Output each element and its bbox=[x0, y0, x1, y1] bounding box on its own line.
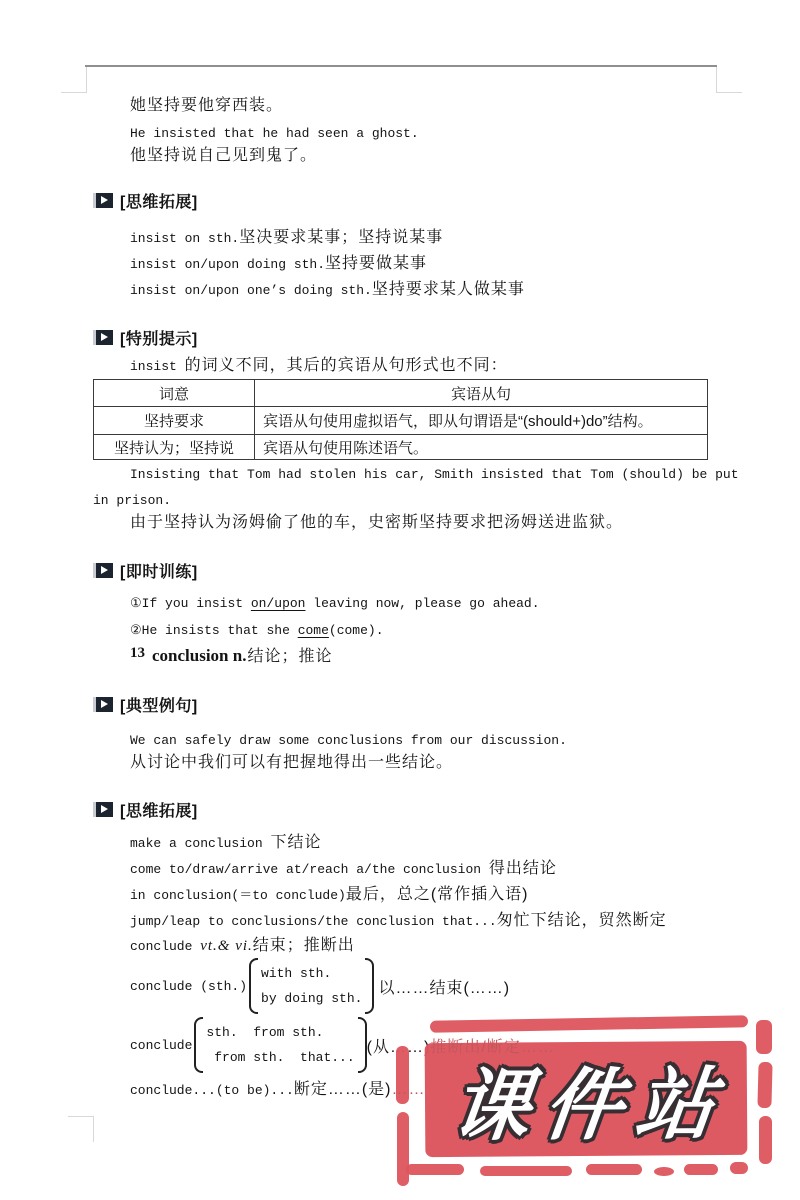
en-sentence: He insisted that he had seen a ghost. bbox=[130, 126, 419, 141]
zh-gloss: 坚持要做某事 bbox=[325, 255, 427, 272]
en-word: conclude bbox=[130, 939, 200, 954]
vocab-entry-conclusion: 13conclusion n.结论；推论 bbox=[130, 646, 333, 667]
section-header-special-note: [特别提示] bbox=[93, 328, 198, 346]
zh-gloss: 坚决要求某事；坚持说某事 bbox=[239, 229, 443, 246]
stamp-border-stroke bbox=[756, 1020, 772, 1054]
zh-gloss: 坚持要求某人做某事 bbox=[372, 281, 525, 298]
paragraph-en: Insisting that Tom had stolen his car, S… bbox=[130, 464, 739, 485]
right-bracket bbox=[365, 958, 374, 1014]
table-cell: 坚持认为；坚持说 bbox=[94, 435, 255, 460]
entry-headword: conclusion n. bbox=[152, 646, 246, 665]
table-row: 坚持要求 宾语从句使用虚拟语气，即从句谓语是“(should+)do”结构。 bbox=[94, 407, 708, 435]
en-phrase: insist on/upon one’s doing sth. bbox=[130, 283, 372, 298]
zh-gloss: 最后，总之(常作插入语) bbox=[346, 886, 529, 903]
en-lead: conclude (sth.) bbox=[130, 979, 247, 994]
en-phrase: insist on sth. bbox=[130, 231, 239, 246]
list-item: jump/leap to conclusions/the conclusion … bbox=[130, 911, 667, 932]
en-sentence: in prison. bbox=[93, 493, 171, 508]
answer-blank: come bbox=[298, 623, 329, 638]
en-phrase: conclude...(to be)... bbox=[130, 1083, 294, 1098]
left-bracket bbox=[194, 1017, 203, 1073]
exercise-item-1: ①If you insist on/upon leaving now, plea… bbox=[130, 593, 540, 614]
stamp-border-stroke bbox=[430, 1015, 748, 1033]
table-header-row: 词意 宾语从句 bbox=[94, 380, 708, 407]
list-item-conclude: conclude vt.& vi.结束；推断出 bbox=[130, 936, 355, 957]
en-text: ②He insists that she bbox=[130, 623, 298, 638]
en-phrase: in conclusion(＝to conclude) bbox=[130, 888, 346, 903]
table-header-cell: 词意 bbox=[94, 380, 255, 407]
exercise-item-2: ②He insists that she come(come). bbox=[130, 620, 384, 641]
en-sentence: Insisting that Tom had stolen his car, S… bbox=[130, 467, 739, 482]
list-item: insist on/upon doing sth.坚持要做某事 bbox=[130, 254, 427, 275]
en-phrase: make a conclusion bbox=[130, 836, 270, 851]
section-header-expand-2: [思维拓展] bbox=[93, 800, 198, 818]
conclude-pattern-1: conclude (sth.) with sth. by doing sth. … bbox=[130, 957, 510, 1015]
stamp-border-stroke bbox=[654, 1167, 674, 1176]
list-item: insist on sth.坚决要求某事；坚持说某事 bbox=[130, 228, 443, 249]
list-item: make a conclusion 下结论 bbox=[130, 833, 321, 854]
zh-gloss-over-stamp: 推断出/断定…… bbox=[430, 1034, 554, 1057]
header-rule bbox=[85, 65, 717, 67]
entry-number: 13 bbox=[130, 645, 145, 661]
en-text: leaving now, please go ahead. bbox=[305, 596, 539, 611]
paragraph-zh: 他坚持说自己见到鬼了。 bbox=[130, 146, 317, 166]
section-title: [思维拓展] bbox=[120, 798, 198, 821]
section-title: [典型例句] bbox=[120, 693, 198, 716]
stamp-border-stroke bbox=[759, 1116, 772, 1164]
document-page: 她坚持要他穿西装。 He insisted that he had seen a… bbox=[0, 0, 800, 1200]
table-cell: 宾语从句使用虚拟语气，即从句谓语是“(should+)do”结构。 bbox=[255, 407, 708, 435]
section-title: [即时训练] bbox=[120, 559, 198, 582]
paragraph-zh: 她坚持要他穿西装。 bbox=[130, 96, 283, 116]
list-item-last: conclude...(to be)...断定……(是)…… bbox=[130, 1080, 426, 1101]
zh-gloss: 下结论 bbox=[270, 834, 321, 851]
zh-gloss: 以……结束(……) bbox=[378, 975, 510, 998]
paragraph-en: We can safely draw some conclusions from… bbox=[130, 730, 567, 751]
stamp-border-stroke bbox=[480, 1166, 572, 1176]
en-sentence: We can safely draw some conclusions from… bbox=[130, 733, 567, 748]
stamp-border-stroke bbox=[586, 1164, 642, 1175]
zh-gloss: 得出结论 bbox=[489, 860, 557, 877]
play-marker-icon bbox=[93, 563, 113, 578]
option-top: sth. from sth. bbox=[206, 1020, 354, 1045]
option-top: with sth. bbox=[261, 961, 362, 986]
play-marker-icon bbox=[93, 193, 113, 208]
text-boundary-mark-top-left bbox=[61, 67, 87, 93]
play-marker-icon bbox=[93, 802, 113, 817]
stamp-border-stroke bbox=[406, 1164, 464, 1175]
insist-usage-table: 词意 宾语从句 坚持要求 宾语从句使用虚拟语气，即从句谓语是“(should+)… bbox=[93, 379, 708, 460]
paragraph-en: He insisted that he had seen a ghost. bbox=[130, 123, 419, 144]
list-item: come to/draw/arrive at/reach a/the concl… bbox=[130, 859, 557, 880]
play-marker-icon bbox=[93, 697, 113, 712]
en-phrase: come to/draw/arrive at/reach a/the concl… bbox=[130, 862, 489, 877]
answer-blank: on/upon bbox=[251, 596, 306, 611]
paragraph-zh: 由于坚持认为汤姆偷了他的车，史密斯坚持要求把汤姆送进监狱。 bbox=[130, 513, 623, 533]
stamp-border-stroke bbox=[757, 1062, 772, 1108]
bracket-options: with sth. by doing sth. bbox=[258, 961, 365, 1011]
pos-abbrev: vt.& vi. bbox=[200, 938, 253, 954]
paragraph-en: in prison. bbox=[93, 490, 171, 511]
stamp-border-stroke bbox=[397, 1112, 409, 1186]
text-boundary-mark-bottom-left bbox=[68, 1116, 94, 1142]
bracket-options: sth. from sth. from sth. that... bbox=[203, 1020, 357, 1070]
en-word: insist bbox=[130, 359, 185, 374]
table-header-cell: 宾语从句 bbox=[255, 380, 708, 407]
section-title: [特别提示] bbox=[120, 326, 198, 349]
right-bracket bbox=[358, 1017, 367, 1073]
stamp-body: 课件站 bbox=[425, 1041, 748, 1157]
en-text: ①If you insist bbox=[130, 596, 251, 611]
zh-gloss: 结束；推断出 bbox=[253, 937, 355, 954]
list-item: insist on/upon one’s doing sth.坚持要求某人做某事 bbox=[130, 280, 525, 301]
table-cell: 宾语从句使用陈述语气。 bbox=[255, 435, 708, 460]
section-header-typical-example: [典型例句] bbox=[93, 695, 198, 713]
option-bottom: by doing sth. bbox=[261, 986, 362, 1011]
en-phrase: jump/leap to conclusions/the conclusion … bbox=[130, 914, 497, 929]
section-header-expand-1: [思维拓展] bbox=[93, 191, 198, 209]
en-text: (come). bbox=[329, 623, 384, 638]
zh-gloss: 匆忙下结论，贸然断定 bbox=[497, 912, 667, 929]
play-marker-icon bbox=[93, 330, 113, 345]
stamp-text: 课件站 bbox=[437, 1042, 736, 1156]
table-row: 坚持认为；坚持说 宾语从句使用陈述语气。 bbox=[94, 435, 708, 460]
section-title: [思维拓展] bbox=[120, 189, 198, 212]
zh-gloss: 结论；推论 bbox=[247, 648, 332, 665]
zh-text: 的词义不同，其后的宾语从句形式也不同： bbox=[185, 357, 508, 374]
section-header-training: [即时训练] bbox=[93, 561, 198, 579]
zh-dots-over-stamp: …… bbox=[392, 1081, 426, 1098]
option-bottom: from sth. that... bbox=[206, 1045, 354, 1070]
stamp-border-stroke bbox=[684, 1164, 718, 1175]
paragraph-zh: 从讨论中我们可以有把握地得出一些结论。 bbox=[130, 753, 453, 773]
en-phrase: insist on/upon doing sth. bbox=[130, 257, 325, 272]
en-lead: conclude bbox=[130, 1038, 192, 1053]
zh-gloss: 断定……(是) bbox=[294, 1081, 392, 1098]
paragraph-mixed: insist 的词义不同，其后的宾语从句形式也不同： bbox=[130, 356, 508, 377]
list-item: in conclusion(＝to conclude)最后，总之(常作插入语) bbox=[130, 885, 529, 906]
text-boundary-mark-top-right bbox=[716, 67, 742, 93]
table-cell: 坚持要求 bbox=[94, 407, 255, 435]
left-bracket bbox=[249, 958, 258, 1014]
stamp-border-stroke bbox=[730, 1162, 748, 1174]
